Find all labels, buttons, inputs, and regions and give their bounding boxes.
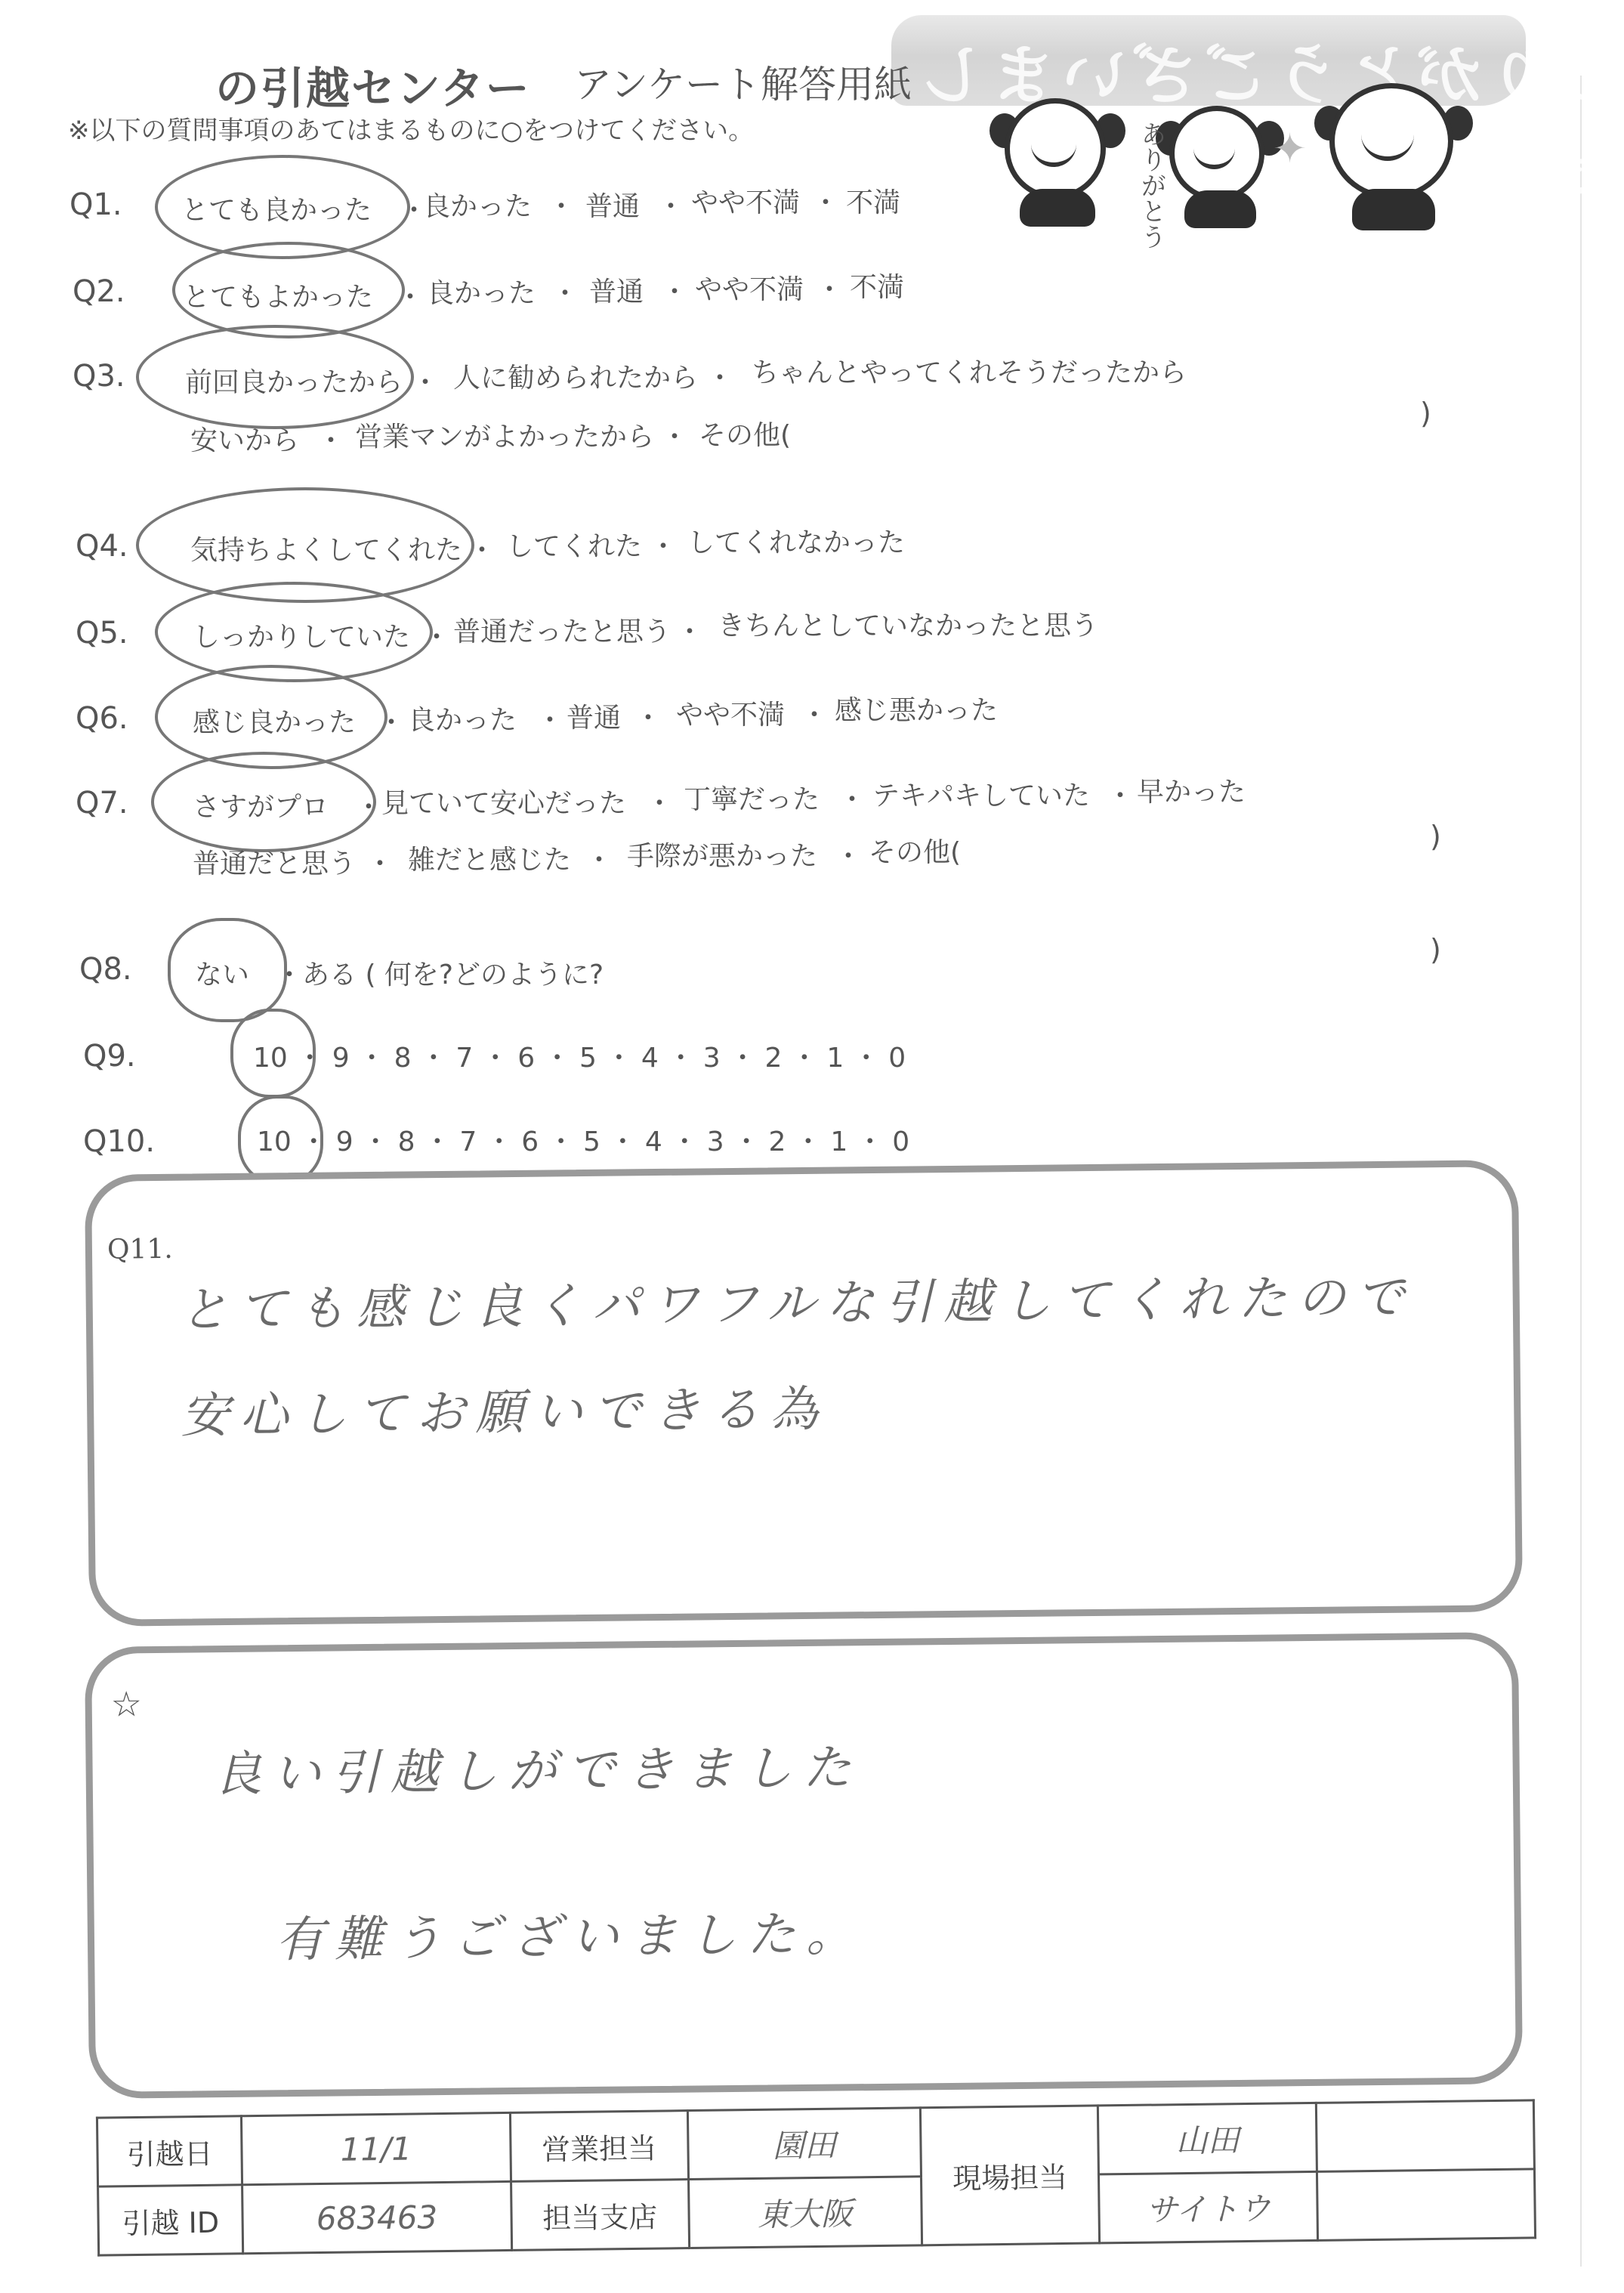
q7-option[interactable]: 見ていて安心だった bbox=[381, 782, 626, 820]
q10-option[interactable]: 8 bbox=[398, 1126, 415, 1157]
q1-label: Q1. bbox=[69, 187, 122, 222]
q9-option[interactable]: 1 bbox=[826, 1043, 844, 1074]
q9-option[interactable]: 8 bbox=[394, 1043, 412, 1074]
q9-option[interactable]: 3 bbox=[703, 1043, 721, 1074]
q9-option[interactable]: 2 bbox=[765, 1043, 783, 1074]
q9-option[interactable]: 7 bbox=[455, 1043, 473, 1074]
q3-separator: ・ bbox=[317, 419, 344, 458]
sparkle-icon: ✦ bbox=[1273, 125, 1307, 172]
q3-option[interactable]: 営業マンがよかったから bbox=[355, 416, 654, 454]
q9-separator: ・ bbox=[544, 1043, 571, 1074]
q9-separator: ・ bbox=[296, 1043, 323, 1074]
q3-option[interactable]: 人に勧められたから bbox=[453, 357, 698, 395]
q1-option[interactable]: 良かった bbox=[423, 185, 532, 224]
q3-separator: ・ bbox=[412, 361, 439, 400]
q7-separator: ・ bbox=[366, 842, 394, 881]
q11-answer-box[interactable]: Q11. とても感じ良くパワフルな引越してくれたので 安心してお願いできる為 bbox=[85, 1160, 1523, 1627]
q5-option[interactable]: きちんとしていなかったと思う bbox=[718, 604, 1098, 643]
q10-option[interactable]: 1 bbox=[830, 1126, 848, 1157]
q8-separator: ・ bbox=[276, 953, 303, 992]
q9-separator: ・ bbox=[482, 1043, 509, 1074]
q7-separator: ・ bbox=[835, 835, 862, 873]
q9-separator: ・ bbox=[358, 1043, 385, 1074]
q10-label: Q10. bbox=[83, 1124, 155, 1159]
q6-option[interactable]: 普通 bbox=[567, 697, 621, 735]
site-rep-value-2[interactable]: サイトウ bbox=[1099, 2171, 1318, 2243]
branch-label: 担当支店 bbox=[511, 2180, 689, 2251]
sales-rep-label: 営業担当 bbox=[510, 2111, 688, 2182]
q1-option[interactable]: とても良かった bbox=[181, 189, 372, 227]
q1-option[interactable]: 普通 bbox=[585, 185, 640, 224]
move-date-value[interactable]: 11/1 bbox=[242, 2112, 511, 2184]
q10-separator: ・ bbox=[609, 1126, 636, 1157]
q3-option[interactable]: ちゃんとやってくれそうだったから bbox=[752, 351, 1187, 390]
q10-separator: ・ bbox=[424, 1126, 451, 1157]
q4-separator: ・ bbox=[650, 525, 677, 564]
comment-handwritten-line-1: 良い引越しができました bbox=[213, 1729, 862, 1805]
q7-other-close: ) bbox=[1430, 820, 1441, 853]
q3-option[interactable]: 前回良かったから bbox=[185, 361, 403, 400]
site-rep-label: 現場担当 bbox=[920, 2106, 1099, 2245]
q4-option[interactable]: してくれた bbox=[506, 525, 642, 564]
q10-separator: ・ bbox=[795, 1126, 822, 1157]
q9-separator: ・ bbox=[853, 1043, 880, 1074]
site-rep-extra-1[interactable] bbox=[1316, 2100, 1534, 2172]
q7-option[interactable]: 丁寧だった bbox=[684, 778, 820, 817]
q3-other-close: ) bbox=[1420, 397, 1431, 430]
star-icon: ☆ bbox=[110, 1683, 142, 1724]
move-date-label: 引越日 bbox=[97, 2116, 242, 2186]
q10-separator: ・ bbox=[733, 1126, 760, 1157]
q7-separator: ・ bbox=[1107, 774, 1134, 813]
q7-separator: ・ bbox=[646, 782, 673, 820]
q1-option[interactable]: やや不満 bbox=[691, 181, 800, 220]
q10-separator: ・ bbox=[362, 1126, 389, 1157]
mascot-monkey-2 bbox=[1156, 106, 1284, 234]
q10-separator: ・ bbox=[300, 1126, 327, 1157]
q10-option[interactable]: 2 bbox=[769, 1126, 786, 1157]
branch-value[interactable]: 東大阪 bbox=[688, 2177, 922, 2248]
q5-option[interactable]: しっかりしていた bbox=[193, 616, 410, 654]
q6-separator: ・ bbox=[536, 699, 563, 737]
q8-label: Q8. bbox=[79, 952, 132, 987]
q7-option[interactable]: 雑だと感じた bbox=[408, 839, 571, 877]
q9-option[interactable]: 0 bbox=[888, 1043, 906, 1074]
q2-option[interactable]: とてもよかった bbox=[183, 276, 373, 314]
q7-separator: ・ bbox=[838, 778, 866, 817]
q9-option[interactable]: 10 bbox=[253, 1043, 288, 1074]
q1-separator: ・ bbox=[548, 185, 575, 224]
q11-label: Q11. bbox=[107, 1234, 173, 1265]
q7-option[interactable]: さすがプロ bbox=[193, 786, 329, 824]
q10-option[interactable]: 5 bbox=[583, 1126, 601, 1157]
q9-option[interactable]: 9 bbox=[332, 1043, 350, 1074]
q7-other-option[interactable]: その他( bbox=[869, 831, 961, 870]
mascot-monkey-1 bbox=[990, 98, 1125, 234]
q7-option[interactable]: 手際が悪かった bbox=[627, 835, 817, 873]
q10-separator: ・ bbox=[486, 1126, 513, 1157]
q10-separator: ・ bbox=[857, 1126, 884, 1157]
q6-option[interactable]: 良かった bbox=[408, 699, 517, 737]
q2-option[interactable]: 普通 bbox=[589, 270, 644, 309]
q2-separator: ・ bbox=[661, 270, 688, 309]
q9-scale: 10 ・ 9 ・ 8 ・ 7 ・ 6 ・ 5 ・ 4 ・ 3 ・ 2 ・ 1 ・… bbox=[253, 1037, 906, 1075]
q4-option[interactable]: してくれなかった bbox=[687, 521, 905, 560]
q10-option[interactable]: 3 bbox=[707, 1126, 724, 1157]
q4-separator: ・ bbox=[468, 529, 496, 567]
q8-option-none[interactable]: ない bbox=[195, 953, 249, 992]
q4-option[interactable]: 気持ちよくしてくれた bbox=[190, 529, 462, 567]
q6-separator: ・ bbox=[801, 694, 828, 732]
q3-option[interactable]: 安いから bbox=[190, 419, 299, 458]
q3-label: Q3. bbox=[73, 359, 125, 394]
q9-separator: ・ bbox=[667, 1043, 694, 1074]
q2-separator: ・ bbox=[397, 276, 424, 314]
q10-option[interactable]: 7 bbox=[459, 1126, 477, 1157]
q6-separator: ・ bbox=[378, 701, 405, 740]
move-id-label: 引越 ID bbox=[98, 2185, 243, 2255]
site-rep-value-1[interactable]: 山田 bbox=[1098, 2103, 1317, 2174]
q9-option[interactable]: 6 bbox=[517, 1043, 535, 1074]
q7-label: Q7. bbox=[76, 786, 128, 820]
q2-separator: ・ bbox=[551, 272, 579, 311]
q6-separator: ・ bbox=[634, 697, 662, 735]
q9-label: Q9. bbox=[83, 1039, 136, 1074]
q2-label: Q2. bbox=[73, 274, 125, 309]
q10-scale: 10 ・ 9 ・ 8 ・ 7 ・ 6 ・ 5 ・ 4 ・ 3 ・ 2 ・ 1 ・… bbox=[257, 1120, 909, 1159]
q11-handwritten-line-2: 安心してお願いできる為 bbox=[181, 1371, 829, 1447]
q9-separator: ・ bbox=[791, 1043, 818, 1074]
q7-separator: ・ bbox=[585, 839, 613, 877]
page-edge bbox=[1580, 76, 1582, 2267]
q5-option[interactable]: 普通だったと思う bbox=[453, 610, 671, 649]
sales-rep-value[interactable]: 園田 bbox=[687, 2108, 921, 2180]
form-title: アンケート解答用紙 bbox=[574, 54, 912, 109]
q3-other-option[interactable]: その他( bbox=[699, 414, 791, 453]
move-id-value[interactable]: 683463 bbox=[242, 2181, 511, 2253]
q10-separator: ・ bbox=[671, 1126, 698, 1157]
q5-separator: ・ bbox=[676, 610, 703, 649]
comment-handwritten-line-2: 有難うございました。 bbox=[275, 1895, 865, 1970]
q9-separator: ・ bbox=[420, 1043, 447, 1074]
q8-other-close: ) bbox=[1430, 933, 1441, 966]
q3-separator: ・ bbox=[661, 416, 688, 454]
q10-separator: ・ bbox=[548, 1126, 575, 1157]
q6-option[interactable]: 感じ悪かった bbox=[835, 689, 998, 728]
q6-option[interactable]: やや不満 bbox=[676, 694, 785, 732]
q10-option[interactable]: 4 bbox=[645, 1126, 662, 1157]
q7-option[interactable]: 早かった bbox=[1137, 771, 1246, 809]
move-info-table: 引越日 11/1 営業担当 園田 現場担当 山田 引越 ID 683463 担当… bbox=[96, 2099, 1536, 2256]
mascot-caption: ありがとう bbox=[1133, 121, 1170, 249]
instruction-text: ※以下の質問事項のあてはまるものに○をつけてください。 bbox=[68, 110, 754, 147]
q4-label: Q4. bbox=[76, 529, 128, 564]
q2-option[interactable]: 不満 bbox=[850, 266, 904, 304]
q2-option[interactable]: 良かった bbox=[427, 272, 536, 311]
q9-option[interactable]: 4 bbox=[641, 1043, 659, 1074]
q3-separator: ・ bbox=[706, 357, 733, 395]
q9-option[interactable]: 5 bbox=[579, 1043, 597, 1074]
q7-separator: ・ bbox=[355, 786, 382, 824]
q6-option[interactable]: 感じ良かった bbox=[193, 701, 356, 740]
q7-option[interactable]: 普通だと思う bbox=[193, 842, 356, 881]
q5-separator: ・ bbox=[423, 616, 450, 654]
q10-option[interactable]: 6 bbox=[521, 1126, 539, 1157]
q11-handwritten-line-1: とても感じ良くパワフルな引越してくれたので bbox=[179, 1259, 1415, 1341]
q2-option[interactable]: やや不満 bbox=[695, 268, 804, 307]
q9-separator: ・ bbox=[729, 1043, 756, 1074]
q1-option[interactable]: 不満 bbox=[846, 181, 900, 220]
q7-option[interactable]: テキパキしていた bbox=[872, 774, 1090, 813]
q2-separator: ・ bbox=[816, 268, 843, 307]
q10-option[interactable]: 9 bbox=[336, 1126, 354, 1157]
q1-separator: ・ bbox=[657, 185, 684, 224]
site-rep-extra-2[interactable] bbox=[1317, 2169, 1536, 2241]
q6-label: Q6. bbox=[76, 701, 128, 736]
q10-option[interactable]: 10 bbox=[257, 1126, 292, 1157]
q9-separator: ・ bbox=[605, 1043, 632, 1074]
q1-separator: ・ bbox=[812, 181, 839, 220]
mascot-monkey-3 bbox=[1314, 76, 1473, 234]
q8-option-some[interactable]: ある ( 何を?どのように? bbox=[302, 953, 604, 992]
brand-title: の引越センター bbox=[215, 53, 531, 116]
q10-option[interactable]: 0 bbox=[892, 1126, 909, 1157]
comment-box[interactable]: ☆ 良い引越しができました 有難うございました。 bbox=[85, 1632, 1523, 2099]
q5-label: Q5. bbox=[76, 616, 128, 651]
